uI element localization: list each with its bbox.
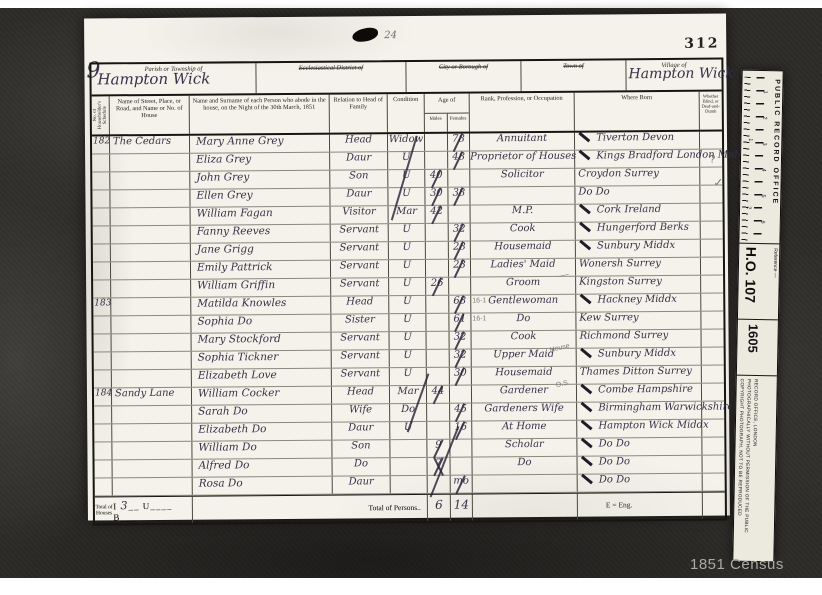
blind-cell (703, 474, 725, 491)
totals-empty-born (578, 493, 703, 520)
occupation-cell: M.P. (471, 205, 576, 223)
census-rows: 182 The Cedars Mary Anne Grey Head Widow… (92, 132, 725, 497)
born-text: Wonersh Surrey (579, 258, 661, 270)
age-male-cell (425, 152, 447, 169)
name-cell: Mary Stockford (192, 333, 332, 351)
schedule-number: 183 (93, 298, 111, 315)
occupation-text: Housemaid (494, 241, 551, 252)
blind-cell (701, 204, 723, 221)
houses-uninhabited-label: U (143, 501, 151, 511)
age-female-cell (450, 457, 471, 474)
total-persons-females: 14 (451, 494, 472, 511)
occupation-text: At Home (502, 421, 546, 432)
name-cell: Fanny Reeves (191, 225, 331, 243)
age-male-cell (427, 332, 449, 349)
name-cell: Sophia Do (191, 315, 331, 333)
name-cell: Sophia Tickner (192, 351, 332, 369)
ruler-cm-number: 5 (760, 194, 766, 197)
schedule-number: 182 (92, 136, 110, 153)
born-text: Do Do (599, 474, 630, 485)
column-header-band: No. of Householder's Schedule Name of St… (92, 92, 722, 137)
born-text: Kew Surrey (579, 312, 638, 323)
census-table: Parish or Township of Hampton Wick Eccle… (89, 58, 727, 526)
name-cell: Elizabeth Love (192, 369, 332, 387)
relation-cell: Servant (331, 260, 389, 277)
houses-inhabited-value: 3 (120, 499, 128, 512)
born-text: Hackney Middx (597, 294, 677, 306)
occupation-text: Cook (510, 223, 536, 234)
town-label: Town of (521, 60, 625, 70)
ink-blot (351, 26, 379, 43)
schedule-number (94, 442, 112, 459)
age-female-cell: 78 (448, 134, 469, 151)
age-female-cell: 30 (450, 368, 471, 385)
condition-cell: Widow (388, 134, 425, 151)
address-cell (112, 442, 192, 460)
age-female-cell: 38 (448, 188, 469, 205)
born-cell: Thames Ditton Surrey (577, 366, 702, 384)
occupation-cell: Gardener O.S. (472, 385, 577, 403)
born-cell: Hungerford Berks (576, 222, 701, 240)
totals-empty-rank (473, 494, 578, 521)
address-cell (112, 352, 192, 370)
occupation-cell: 16-1 Gentlewoman (471, 295, 576, 313)
age-female-cell (449, 206, 470, 223)
occupation-text: Cook (511, 331, 537, 342)
name-cell: William Griffin (191, 279, 331, 297)
occupation-cell: Housemaid (471, 241, 576, 259)
born-cell: Croydon Surrey (575, 168, 700, 186)
born-cell: Do Do (575, 186, 700, 204)
total-persons-label: Total of Persons.. (193, 495, 428, 523)
condition-cell: U (388, 188, 425, 205)
born-text: Do Do (599, 456, 630, 467)
blind-cell (701, 222, 723, 239)
born-text: Richmond Surrey (580, 330, 669, 342)
blind-cell (701, 240, 723, 257)
totals-empty-blind (703, 493, 725, 519)
born-text: Thames Ditton Surrey (580, 366, 692, 378)
relation-cell: Head (331, 296, 389, 313)
occupation-cell: Groom ~~~ (471, 277, 576, 295)
occupation-text: Gardener (500, 385, 548, 396)
born-cell: Kew Surrey (576, 312, 701, 330)
age-female-cell: 45 (450, 404, 471, 421)
tick-mark-icon (581, 402, 593, 412)
address-cell (110, 154, 190, 172)
schedule-number (93, 244, 111, 261)
relation-cell: Son (330, 170, 388, 187)
occupation-text: Upper Maid (493, 349, 554, 360)
relation-cell: Servant (332, 368, 390, 385)
relation-cell: Wife (332, 404, 390, 421)
occupation-cell: Cook (471, 223, 576, 241)
name-cell: Elizabeth Do (192, 423, 332, 441)
age-male-cell (426, 296, 448, 313)
relation-cell: Servant (331, 224, 389, 241)
occupation-cell (470, 187, 575, 205)
condition-cell (390, 440, 427, 457)
condition-cell: U (389, 278, 426, 295)
born-cell: Wonersh Surrey (576, 258, 701, 276)
born-cell: Kings Bradford London Middx (575, 150, 700, 168)
occupation-text: Do (516, 313, 530, 324)
ruler-inch-numbers: 12 (743, 75, 783, 76)
piece-section: 1605 (737, 319, 778, 377)
houses-inhabited-label: I (113, 501, 117, 511)
occupation-cell: At Home (472, 421, 577, 439)
city-borough-field: City or Borough of (406, 61, 521, 92)
tick-mark-icon (581, 438, 593, 448)
age-female-cell: 23 (449, 260, 470, 277)
name-cell: Emily Pattrick (191, 261, 331, 279)
tick-mark-icon (579, 204, 591, 214)
occupation-text: Ladies' Maid (490, 259, 555, 271)
blind-cell (702, 366, 724, 383)
born-cell: Birmingham Warwickshire (577, 402, 702, 420)
name-cell: William Do (192, 441, 332, 459)
address-cell (110, 172, 190, 190)
age-female-cell: 32 (450, 350, 471, 367)
ruler-scale: 12 123456 PUBLIC RECORD OFFICE (739, 75, 782, 244)
tick-mark-icon (579, 222, 591, 232)
blind-cell (702, 330, 724, 347)
total-houses-values: I 3__ U____ B___ (113, 498, 192, 522)
age-female-cell: 68 (449, 296, 470, 313)
born-cell: Do Do (577, 438, 702, 456)
born-cell: Do Do (577, 456, 702, 474)
relation-cell: Servant (332, 332, 390, 349)
schedule-number (94, 406, 112, 423)
tick-mark-icon (579, 132, 591, 142)
ruler-ticks-coarse-icon (753, 77, 764, 241)
name-cell: Ellen Grey (190, 189, 330, 207)
occupation-text: Groom (506, 277, 540, 288)
tick-mark-icon (581, 420, 593, 430)
name-cell: Eliza Grey (190, 153, 330, 171)
pencil-occupation-note: ~~~ (556, 272, 569, 281)
condition-cell (391, 458, 428, 475)
schedule-number (94, 370, 112, 387)
condition-cell: U (390, 350, 427, 367)
relation-cell: Daur (333, 476, 391, 493)
pencil-age-note: 16-1 (472, 315, 486, 322)
condition-cell: U (389, 224, 426, 241)
age-male-cell (427, 422, 449, 439)
born-text: Hungerford Berks (597, 222, 689, 234)
schedule-number (92, 172, 110, 189)
blind-cell (702, 348, 724, 365)
age-female-cell: 61 (449, 314, 470, 331)
name-cell: William Fagan (191, 207, 331, 225)
ecclesiastical-label: Ecclesiastical District of (256, 62, 405, 72)
ruler-cm-number: 1 (762, 91, 768, 94)
born-text: Kings Bradford London Middx (596, 149, 750, 161)
ruler-cm-number: 6 (759, 220, 765, 223)
age-female-cell: 32 (449, 224, 470, 241)
address-cell (111, 262, 191, 280)
condition-cell: U (390, 332, 427, 349)
age-male-cell (426, 260, 448, 277)
born-text: Do Do (578, 186, 609, 197)
age-female-cell (450, 439, 471, 456)
age-female-cell: mo (451, 475, 472, 492)
schedule-number (92, 190, 110, 207)
name-cell: Alfred Do (193, 459, 333, 477)
census-caption: 1851 Census (690, 556, 784, 573)
schedule-number: 184 (94, 388, 112, 405)
parish-value: Hampton Wick (97, 70, 210, 89)
schedule-number (95, 478, 113, 495)
occupation-text: Gardeners Wife (484, 403, 564, 415)
occupation-text: Gentlewoman (488, 295, 558, 307)
address-cell (111, 298, 191, 316)
blind-cell (700, 168, 722, 185)
born-text: Cork Ireland (597, 204, 661, 216)
blind-cell (701, 294, 723, 311)
address-cell (111, 226, 191, 244)
col-age-label: Age of (425, 94, 469, 114)
blind-cell (701, 258, 723, 275)
born-cell: Hackney Middx (576, 294, 701, 312)
tick-mark-icon (580, 294, 592, 304)
occupation-text: Scholar (505, 439, 544, 450)
condition-cell: Do (390, 404, 427, 421)
condition-cell (391, 476, 428, 493)
occupation-cell (473, 475, 578, 493)
born-text: Do Do (599, 438, 630, 449)
occupation-cell: Annuitant (470, 133, 575, 151)
age-male-cell: 42 (426, 206, 448, 223)
age-female-cell: 48 (448, 152, 469, 169)
houses-building-label: B (113, 512, 120, 522)
ruler-cm-number: 2 (761, 116, 767, 119)
relation-cell: Head (332, 386, 390, 403)
ruler-inch-number: 1 (747, 138, 753, 141)
born-cell: Sunbury Middx (576, 240, 701, 258)
age-male-cell: 30 (425, 188, 447, 205)
age-female-cell: 28 (449, 242, 470, 259)
occupation-cell: Gardeners Wife (472, 403, 577, 421)
condition-cell: U (389, 260, 426, 277)
blind-cell (702, 420, 724, 437)
condition-cell: U (389, 314, 426, 331)
occupation-text: M.P. (512, 205, 533, 216)
schedule-number (94, 424, 112, 441)
age-male-cell (426, 314, 448, 331)
tick-mark-icon (579, 150, 591, 160)
occupation-text: Do (517, 457, 531, 468)
ruler-inch-number: 2 (746, 206, 752, 209)
blot-number: 24 (384, 30, 397, 41)
condition-cell: U (389, 296, 426, 313)
relation-cell: Daur (330, 188, 388, 205)
schedule-number (93, 316, 111, 333)
blind-cell (702, 384, 724, 401)
address-cell (111, 244, 191, 262)
occupation-text: Solicitor (501, 169, 544, 180)
address-cell (111, 280, 191, 298)
relation-cell: Servant (331, 278, 389, 295)
address-cell (113, 478, 193, 496)
col-street: Name of Street, Place, or Road, and Name… (110, 96, 190, 135)
blind-cell (702, 438, 724, 455)
born-cell: Sunbury Middx (577, 348, 702, 366)
occupation-cell: 16-1 Do (471, 313, 576, 331)
age-male-cell (426, 224, 448, 241)
born-text: Sunbury Middx (598, 348, 676, 360)
age-female-cell (450, 386, 471, 403)
page-number: 312 (684, 36, 719, 52)
name-cell: Jane Grigg (191, 243, 331, 261)
col-age-males: Males (425, 114, 448, 132)
reference-label: Reference — (772, 248, 779, 278)
blind-cell (701, 276, 723, 293)
born-cell: Combe Hampshire (577, 384, 702, 402)
occupation-cell: Solicitor (470, 169, 575, 187)
schedule-number (94, 352, 112, 369)
tick-mark-icon (580, 240, 592, 250)
name-cell: Mary Anne Grey (190, 135, 330, 153)
relation-cell: Do (333, 458, 391, 475)
ruler-ticks-fine-icon (741, 77, 750, 241)
relation-cell: Daur (332, 422, 390, 439)
relation-cell: Visitor (331, 206, 389, 223)
ruler-cm-numbers: 123456 (743, 75, 783, 76)
col-born: Where Born (575, 92, 700, 131)
occupation-cell: Proprietor of Houses (470, 151, 575, 169)
pencil-age-note: 16-1 (472, 297, 486, 304)
blind-cell (700, 150, 722, 167)
tick-mark-icon (581, 474, 593, 484)
age-male-cell (427, 350, 449, 367)
age-male-cell (427, 404, 449, 421)
reference-section: Reference — H.O. 107 (738, 243, 779, 321)
occupation-cell: Do (472, 457, 577, 475)
age-male-cell: 44 (427, 386, 449, 403)
occupation-text: Proprietor of Houses (470, 151, 576, 163)
condition-cell: U (390, 368, 427, 385)
schedule-number (94, 334, 112, 351)
occupation-cell: Scholar (472, 439, 577, 457)
total-houses-cell: Total of Houses I 3__ U____ B___ (95, 497, 193, 524)
schedule-number (93, 208, 111, 225)
col-condition: Condition (388, 94, 425, 132)
col-age-females: Females (447, 114, 469, 132)
relation-cell: Son (332, 440, 390, 457)
copyright-text: COPYRIGHT PHOTOGRAPH. NOT TO BE REPRODUC… (736, 379, 760, 547)
occupation-text: Housemaid (495, 367, 552, 378)
age-female-cell: 32 (450, 332, 471, 349)
address-cell: The Cedars (110, 136, 190, 154)
parish-field: Parish or Township of Hampton Wick (91, 63, 256, 94)
city-borough-label: City or Borough of (406, 61, 520, 71)
pencil-occupation-note: O.S. (555, 379, 570, 389)
born-cell: Tiverton Devon (575, 132, 700, 150)
address-cell (111, 316, 191, 334)
born-cell: Kingston Surrey (576, 276, 701, 294)
schedule-number (92, 154, 110, 171)
age-male-cell (425, 134, 447, 151)
name-cell: Matilda Knowles (191, 297, 331, 315)
relation-cell: Servant (331, 242, 389, 259)
schedule-number (93, 262, 111, 279)
name-cell: William Cocker (192, 387, 332, 405)
col-schedule-label: No. of Householder's Schedule (93, 98, 108, 132)
ecclesiastical-field: Ecclesiastical District of (256, 62, 406, 93)
address-cell (112, 424, 192, 442)
age-male-cell (427, 368, 449, 385)
col-name: Name and Surname of each Person who abod… (190, 95, 330, 134)
schedule-number (95, 460, 113, 477)
age-male-cell: 26 (426, 278, 448, 295)
age-male-cell (426, 242, 448, 259)
ruler-cm-number: 3 (761, 142, 767, 145)
condition-cell: U (389, 242, 426, 259)
born-cell: Cork Ireland (576, 204, 701, 222)
col-schedule: No. of Householder's Schedule (92, 96, 110, 134)
village-field: Village of Hampton Wick (626, 60, 721, 91)
name-cell: John Grey (190, 171, 330, 189)
age-male-cell: 40 (425, 170, 447, 187)
address-cell: Sandy Lane (112, 388, 192, 406)
address-cell (112, 370, 192, 388)
born-cell: Do Do (578, 474, 703, 492)
col-rank: Rank, Profession, or Occupation (470, 93, 575, 132)
copyright-section: COPYRIGHT PHOTOGRAPH. NOT TO BE REPRODUC… (733, 375, 777, 561)
address-cell (112, 406, 192, 424)
born-text: Croydon Surrey (578, 168, 659, 180)
schedule-number (93, 280, 111, 297)
tick-mark-icon (581, 384, 593, 394)
age-female-cell (449, 278, 470, 295)
occupation-cell: Upper Maid House (472, 349, 577, 367)
col-age: Age of Males Females (425, 94, 470, 132)
census-sheet: 24 312 9 ? ✓ Parish or Township of Hampt… (84, 13, 730, 520)
blind-cell (700, 132, 722, 149)
address-cell (112, 334, 192, 352)
relation-cell: Head (330, 134, 388, 151)
town-field: Town of (521, 60, 626, 91)
place-header-band: Parish or Township of Hampton Wick Eccle… (91, 60, 721, 97)
relation-cell: Daur (330, 152, 388, 169)
name-cell: Sarah Do (192, 405, 332, 423)
born-text: Hampton Wick Middx (598, 420, 708, 432)
tick-mark-icon (581, 456, 593, 466)
address-cell (113, 460, 193, 478)
col-relation: Relation to Head of Family (330, 94, 388, 132)
born-cell: Hampton Wick Middx (577, 420, 702, 438)
relation-cell: Servant (332, 350, 390, 367)
born-text: Tiverton Devon (596, 132, 674, 144)
ruler-cm-number: 4 (760, 168, 766, 171)
blind-cell (702, 402, 724, 419)
schedule-number (93, 226, 111, 243)
address-cell (110, 190, 190, 208)
village-value: Hampton Wick (628, 65, 733, 82)
age-female-cell (448, 170, 469, 187)
born-text: Combe Hampshire (598, 384, 693, 396)
col-blind: Whether Blind, or Deaf-and-Dumb (700, 92, 722, 130)
occupation-text: Annuitant (497, 133, 547, 144)
born-cell: Richmond Surrey (577, 330, 702, 348)
born-text: Kingston Surrey (579, 276, 662, 288)
blind-cell (701, 312, 723, 329)
total-houses-label: Total of Houses (95, 504, 113, 516)
reference-value: H.O. 107 (742, 247, 759, 303)
ruler-office-text: PUBLIC RECORD OFFICE (771, 79, 780, 205)
footnote: E = Eng. (606, 500, 633, 509)
